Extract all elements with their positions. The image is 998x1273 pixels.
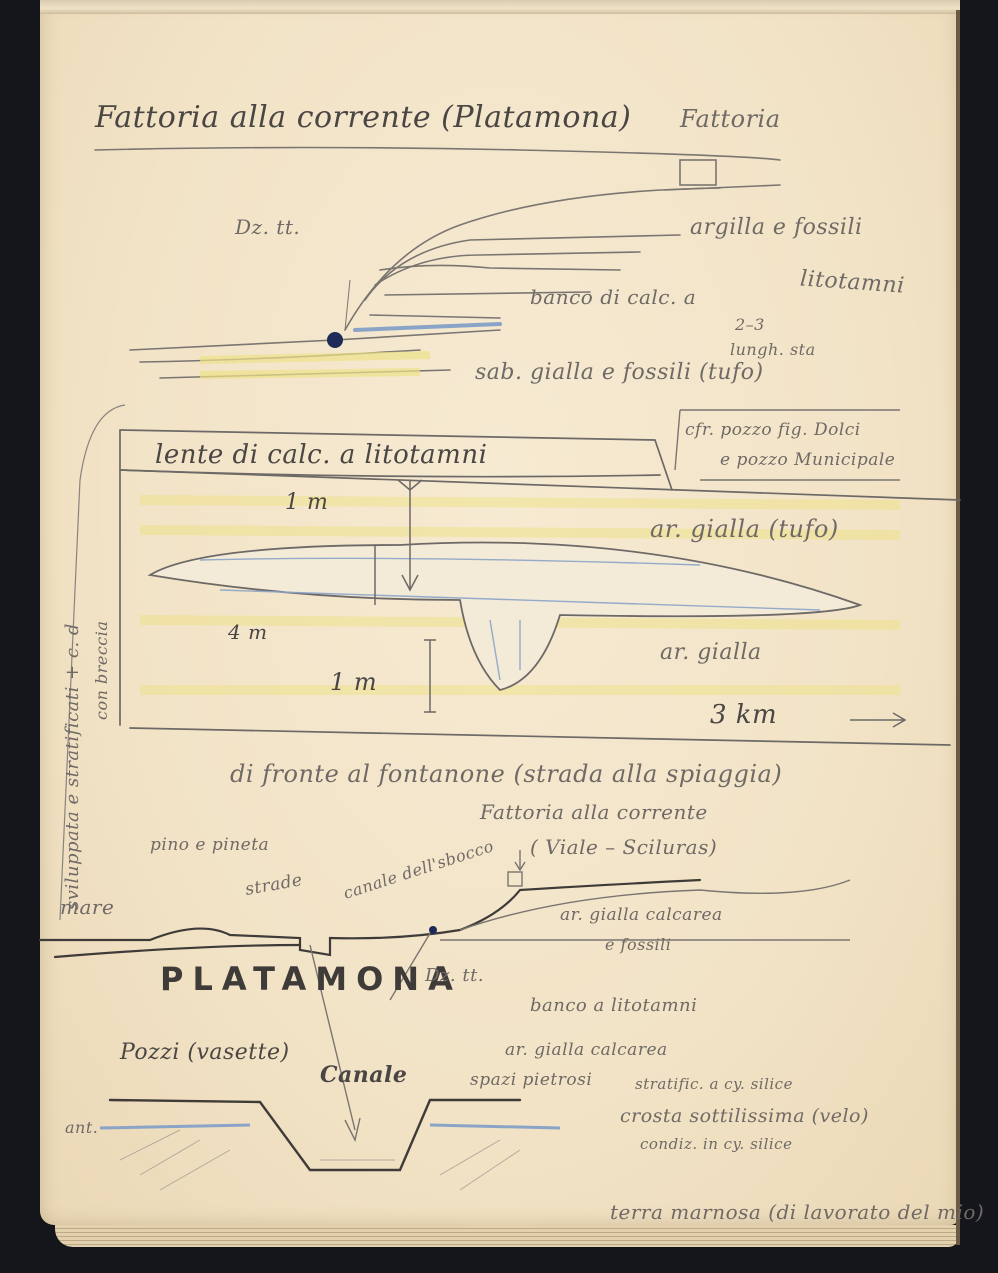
label-3km: 3 km (710, 700, 777, 730)
label-pini: pino e pineta (150, 835, 269, 855)
label-canale: Canale (320, 1062, 407, 1088)
label-thickness: 2–3 (735, 315, 765, 334)
note-line1: cfr. pozzo fig. Dolci (685, 420, 861, 440)
note-line2: e pozzo Municipale (720, 450, 895, 470)
label-1m-top: 1 m (285, 490, 328, 515)
place-suffix: Dz. tt. (425, 965, 484, 986)
farm-label: Fattoria (680, 105, 781, 133)
margin-note-line1: sviluppata e stratificati + c. d (62, 623, 83, 910)
label-spazi: spazi pietrosi (470, 1070, 592, 1090)
label-banco-calc: banco di calc. a (530, 285, 696, 309)
farm-building-icon (680, 160, 716, 185)
heading-underline (95, 148, 780, 161)
place-name: PLATAMONA (160, 960, 462, 998)
label-lungh: lungh. sta (730, 340, 816, 359)
label-argilla-gialla: ar. gialla (660, 640, 762, 665)
label-strato: stratific. a cy. silice (635, 1075, 793, 1093)
label-fossili: e fossili (605, 935, 671, 954)
section2-caption: di fronte al fontanone (strada alla spia… (230, 760, 782, 788)
farm-label-2: Fattoria alla corrente (480, 800, 708, 824)
label-mare: mare (60, 895, 114, 919)
margin-note-line2: con breccia (92, 621, 111, 720)
left-label: Dz. tt. (235, 215, 300, 239)
label-ar-calc: ar. gialla calcarea (560, 905, 723, 925)
label-1m-bottom: 1 m (330, 668, 377, 696)
label-argilla-fossili: argilla e fossili (690, 215, 863, 240)
blue-dot-marker (327, 332, 343, 348)
section2-heading: lente di calc. a litotamni (155, 440, 487, 470)
label-sabbia: sab. gialla e fossili (tufo) (475, 360, 764, 385)
label-4m: 4 m (228, 620, 268, 644)
label-condiz: condiz. in cy. silice (640, 1135, 792, 1153)
label-argilla-tufo: ar. gialla (tufo) (650, 515, 839, 543)
label-pozzi: Pozzi (vasette) (120, 1040, 290, 1065)
label-banco: banco a litotamni (530, 995, 697, 1016)
label-ar-calc2: ar. gialla calcarea (505, 1040, 668, 1060)
label-terra: terra marnosa (di lavorato del mio) (610, 1200, 984, 1224)
section1-heading: Fattoria alla corrente (Platamona) (95, 100, 631, 135)
farm-sub: ( Viale – Sciluras) (530, 835, 717, 859)
ground-line (130, 330, 500, 350)
label-crosta: crosta sottilissima (velo) (620, 1105, 869, 1127)
canal-profile (110, 1100, 520, 1170)
label-ant: ant. (65, 1118, 98, 1137)
farm-building-icon-2 (508, 872, 522, 886)
